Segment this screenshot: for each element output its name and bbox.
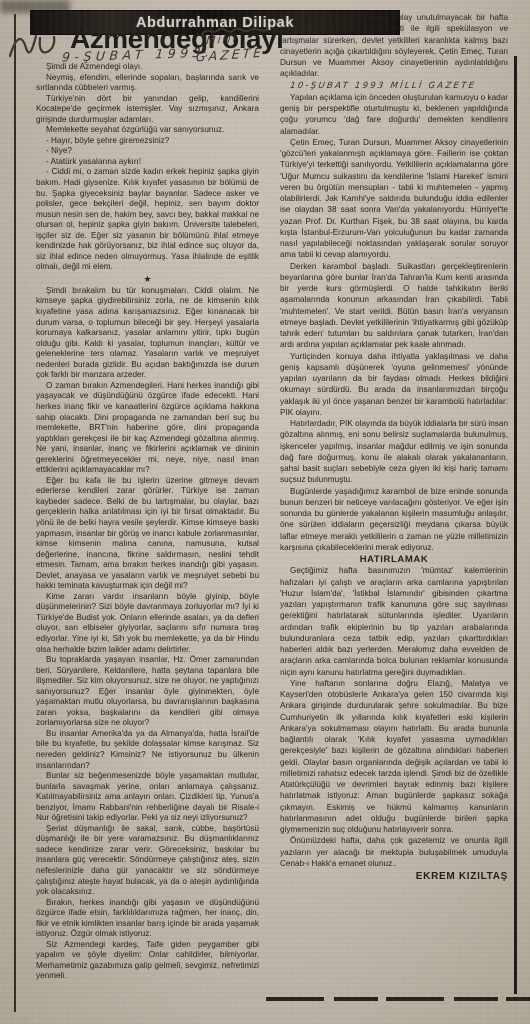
article-paragraph: O zaman bırakın Azmendegileri. Hani herk… [36,381,259,476]
article-paragraph: Eğer bu kafa ile bu işlerin üzerine gitm… [36,476,259,592]
handwritten-date-annotation-inline: 10-ŞUBAT 1993 MİLLİ GAZETE [279,81,476,92]
article-paragraph: Bırakın, herkes inandığı gibi yaşasın ve… [36,898,259,940]
article-paragraph: Şeriat düşmanlığı ile sakal, sarık, cübb… [36,824,259,898]
section-subhead: HATIRLAMAK [280,554,508,565]
left-column-rule [14,14,16,1012]
article-paragraph: Neymiş, efendim, ellerinde sopaları, baş… [36,73,259,94]
article-paragraph: Derken karambol başladı. Suikastları ger… [280,261,508,351]
article-paragraph: Hatırlardadır, PIK olayında da büyük idd… [280,418,508,486]
article-paragraph: Kime zararı vardır insanların böyle giyi… [36,592,259,655]
paragraph-text: Hemen her yönüyle kolay kolay unutulmaya… [280,13,508,78]
article-paragraph: - Ciddi mi, o zaman sizde kadın erkek he… [36,167,259,272]
article-paragraph: - Atatürk yasalarına aykırı! [36,157,259,168]
article-paragraph: - Hayır, böyle şehre giremezsiniz? [36,136,259,147]
article-paragraph: - Niye? [36,146,259,157]
article-paragraph: Çetin Emeç, Turan Dursun, Muammer Aksoy … [280,137,508,261]
article-paragraph: Yurtiçinden konuya daha ihtiyatla yaklaş… [280,351,508,419]
author-signature: EKREM KIZILTAŞ [280,871,508,882]
article-paragraph: Hemen her yönüyle kolay kolay unutulmaya… [280,12,508,92]
article-paragraph: Yine haftanın sonlarına doğru Elazığ, Ma… [280,678,508,836]
right-column: Hemen her yönüyle kolay kolay unutulmaya… [280,12,508,882]
handwritten-scribble-icon [6,28,68,60]
article-paragraph: Geçtiğimiz hafta basınımızın 'mümtaz' ka… [280,565,508,678]
article-paragraph: Yapılan açıklama için önceden oluşturula… [280,92,508,137]
article-paragraph: Bu topraklarda yaşayan insanlar, Hz. Öme… [36,655,259,729]
star-separator-icon: ★ [36,274,259,285]
article-paragraph: Siz Azmendegi kardeş, Taife giden peygam… [36,940,259,982]
article-paragraph: Memlekette seyahat özgürlüğü var sanıyor… [36,125,259,136]
article-paragraph: Türkiye'nin dört bir yanından gelip, kan… [36,94,259,126]
article-paragraph: Bunlar siz beğenmesenizde böyle yaşamakt… [36,771,259,824]
page-edge-line [514,56,517,994]
article-paragraph: Bu insanlar Amerika'da ya da Almanya'da,… [36,729,259,771]
article-paragraph: Şimdi de Azmendegi olayı. [36,62,259,73]
article-paragraph: Önümüzdeki hafta, daha çok gazetemiz ve … [280,835,508,869]
bottom-dashed-rule [266,997,530,1001]
left-column: Şimdi de Azmendegi olayı. Neymiş, efendi… [36,62,259,982]
article-paragraph: Bugünlerde yaşadığımız karambol de bize … [280,486,508,554]
article-paragraph: Şimdi bırakalım bu tür konuşmaları. Cidd… [36,286,259,381]
